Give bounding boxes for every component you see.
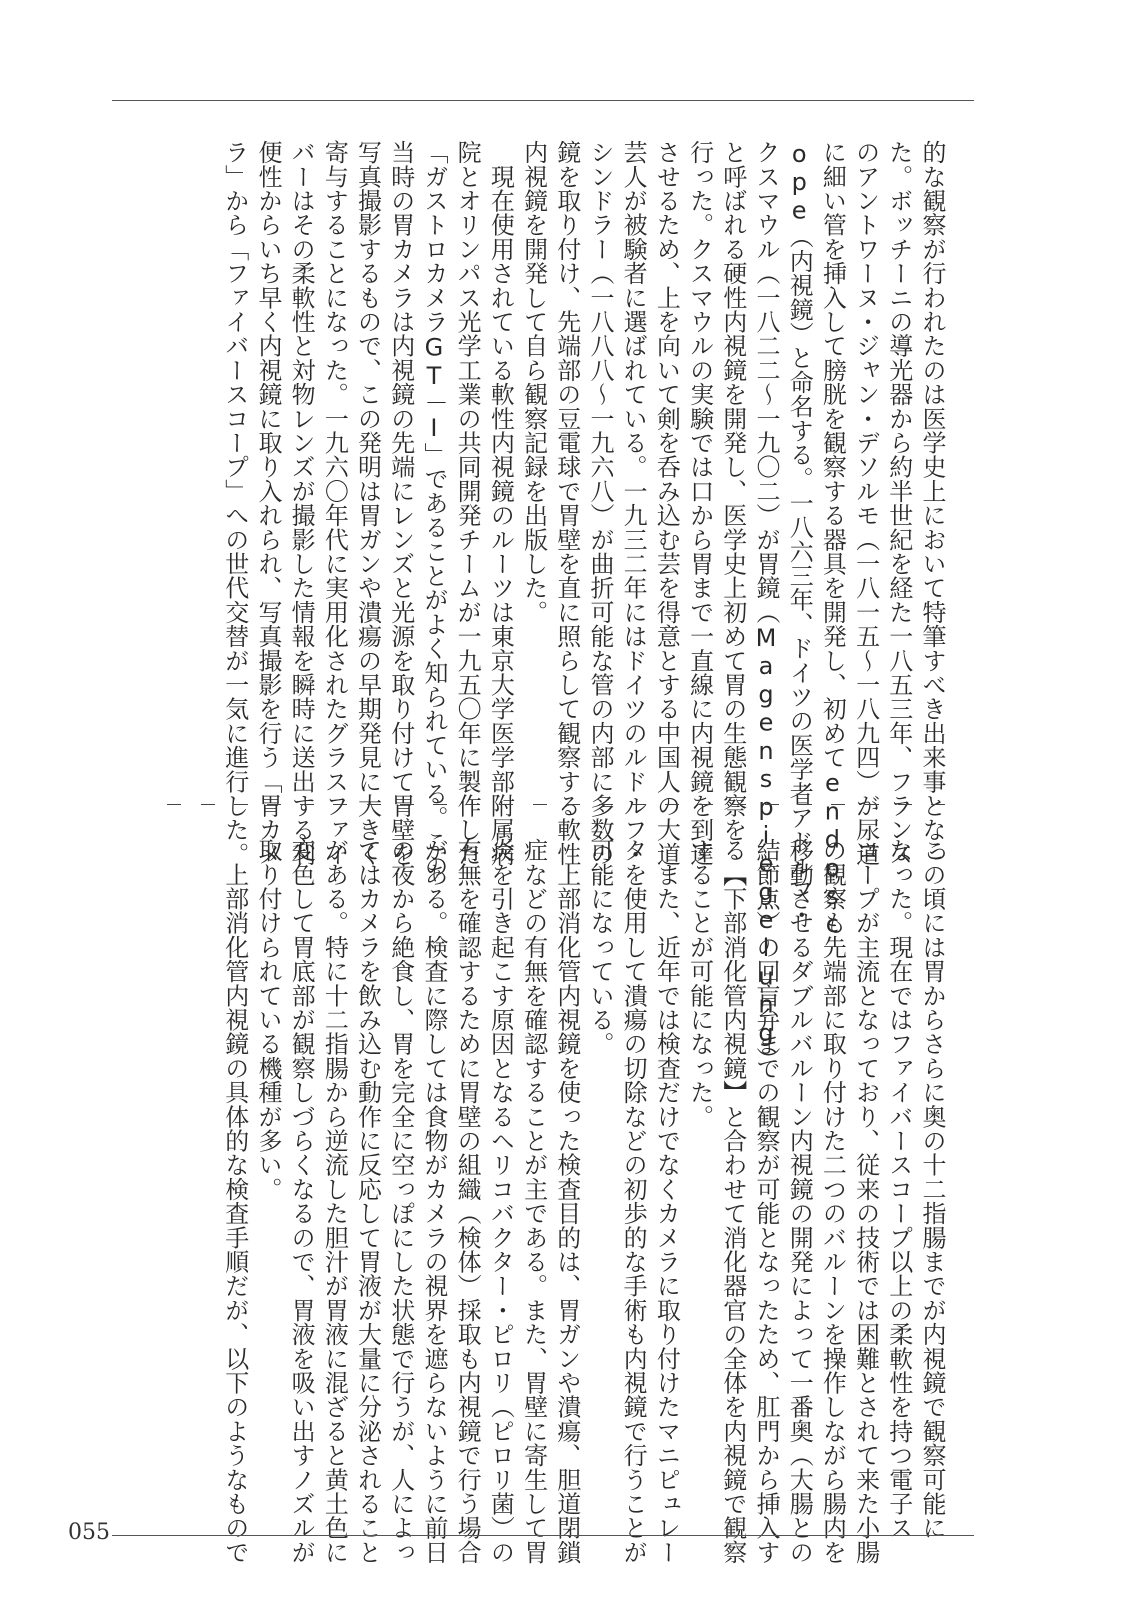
page-number: 055 <box>68 1520 110 1545</box>
text-column-line: 症などの有無を確認することが主である。また、胃壁に寄生して胃 <box>516 838 549 1498</box>
divider-dash <box>533 804 547 805</box>
text-column-line: てはカメラを飲み込む動作に反応して胃液が大量に分泌されること <box>350 838 383 1498</box>
divider-dash <box>665 804 679 805</box>
text-column-line: 有無を確認するために胃壁の組織（検体）採取も内視鏡で行う場合 <box>450 838 483 1498</box>
text-column-line: シンドラー（一八八八〜一九六八）が曲折可能な管の内部に多数の <box>583 140 616 780</box>
footer-rule <box>112 1535 974 1536</box>
text-column-line: また、近年では検査だけでなくカメラに取り付けたマニピュレー <box>649 838 682 1498</box>
divider-dash <box>632 804 646 805</box>
lower-text-section: この頃には胃からさらに奥の十二指腸までが内視鏡で観察可能になった。現在ではファイ… <box>218 838 948 1498</box>
text-column-line: 芸人が被験者に選ばれている。一九三二年にはドイツのルドルフ・ <box>616 140 649 780</box>
text-column-line: 便性からいち早く内視鏡に取り入れられ、写真撮影を行う「胃カメ <box>251 140 284 780</box>
divider-dash <box>167 804 181 805</box>
header-rule <box>112 100 974 101</box>
text-column-line: 的な観察が行われたのは医学史上において特筆すべき出来事となっ <box>915 140 948 780</box>
divider-dash <box>931 804 945 805</box>
text-column-line: コープが主流となっており、従来の技術では困難とされて来た小腸 <box>848 838 881 1498</box>
divider-dash <box>898 804 912 805</box>
divider-dash <box>367 804 381 805</box>
text-column-line: と呼ばれる硬性内視鏡を開発し、医学史上初めて胃の生態観察を <box>716 140 749 780</box>
divider-dash <box>765 804 779 805</box>
text-column-line: がある。検査に際しては食物がカメラの視界を遮らないように前日 <box>417 838 450 1498</box>
text-column-line: させるため、上を向いて剣を呑み込む芸を得意とする中国人の大道 <box>649 140 682 780</box>
text-column-line: る【下部消化管内視鏡】と合わせて消化器官の全体を内視鏡で観察 <box>716 838 749 1498</box>
text-column-line: ope（内視鏡）と命名する。一八六三年、ドイツの医学者アドルフ・ <box>782 140 815 780</box>
divider-dash <box>466 804 480 805</box>
text-column-line: なった。現在ではファイバースコープ以上の柔軟性を持つ電子ス <box>882 838 915 1498</box>
text-column-line: た。ボッチーニの導光器から約半世紀を経た一八五三年、フランス <box>882 140 915 780</box>
divider-dash <box>831 804 845 805</box>
divider-dash <box>499 804 513 805</box>
text-column-line: ラ」から「ファイバースコープ」への世代交替が一気に進行した。 <box>218 140 251 780</box>
text-column-line: 上部消化管内視鏡の具体的な検査手順だが、以下のようなもので <box>218 838 251 1498</box>
divider-dash <box>267 804 281 805</box>
text-column-line: この頃には胃からさらに奥の十二指腸までが内視鏡で観察可能に <box>915 838 948 1498</box>
divider-dash <box>798 804 812 805</box>
text-column-line: 「ガストロカメラGT－Ⅰ」であることがよく知られている。この <box>417 140 450 780</box>
text-column-line: 結節点）の回盲弁までの観察が可能となったため、肛門から挿入す <box>749 838 782 1498</box>
text-column-line: がある。特に十二指腸から逆流した胆汁が胃液に混ざると黄土色に <box>317 838 350 1498</box>
text-column-line: 鏡を取り付け、先端部の豆電球で胃壁を直に照らして観察する軟性 <box>550 140 583 780</box>
text-column-line: タを使用して潰瘍の切除などの初歩的な手術も内視鏡で行うことが <box>616 838 649 1498</box>
text-column-line: 寄与することになった。一九六〇年代に実用化されたグラスファイ <box>317 140 350 780</box>
divider-dash <box>333 804 347 805</box>
text-column-line: 当時の胃カメラは内視鏡の先端にレンズと光源を取り付けて胃壁を <box>384 140 417 780</box>
text-column-line: 行った。クスマウルの実験では口から胃まで一直線に内視鏡を到達 <box>682 140 715 780</box>
text-column-line: バーはその柔軟性と対物レンズが撮影した情報を瞬時に送出する利 <box>284 140 317 780</box>
text-column-line: 可能になっている。 <box>583 838 616 1498</box>
divider-dash <box>201 804 215 805</box>
text-column-line: の夜から絶食し、胃を完全に空っぽにした状態で行うが、人によっ <box>384 838 417 1498</box>
divider-dash <box>699 804 713 805</box>
upper-text-section: 的な観察が行われたのは医学史上において特筆すべき出来事となった。ボッチーニの導光… <box>218 140 948 780</box>
divider-dash <box>732 804 746 805</box>
text-column-line: 院とオリンパス光学工業の共同開発チームが一九五〇年に製作した <box>450 140 483 780</box>
text-column-line: 移動させるダブルバルーン内視鏡の開発によって一番奥（大腸との <box>782 838 815 1498</box>
divider-dash <box>599 804 613 805</box>
text-column-line: 内視鏡を開発して自ら観察記録を出版した。 <box>516 140 549 780</box>
text-column-line: に細い管を挿入して膀胱を観察する器具を開発し、初めてendosc <box>815 140 848 780</box>
text-column-line: 写真撮影するもので、この発明は胃ガンや潰瘍の早期発見に大きく <box>350 140 383 780</box>
text-column-line: クスマウル（一八二二〜一九〇二）が胃鏡（Magenspiegelung） <box>749 140 782 780</box>
text-column-line: することが可能になった。 <box>682 838 715 1498</box>
divider-dash <box>433 804 447 805</box>
text-column-line: のアントワーヌ・ジャン・デソルモ（一八一五〜一八九四）が尿道 <box>848 140 881 780</box>
text-column-line: 変色して胃底部が観察しづらくなるので、胃液を吸い出すノズルが <box>284 838 317 1498</box>
divider-dash <box>865 804 879 805</box>
text-column-line: 現在使用されている軟性内視鏡のルーツは東京大学医学部附属病 <box>483 140 516 780</box>
divider-dash <box>400 804 414 805</box>
text-column-line: の観察も先端部に取り付けた二つのバルーンを操作しながら腸内を <box>815 838 848 1498</box>
text-column-line: 炎を引き起こす原因となるヘリコバクター・ピロリ（ピロリ菌）の <box>483 838 516 1498</box>
divider-dash <box>234 804 248 805</box>
text-column-line: 取り付けられている機種が多い。 <box>251 838 284 1498</box>
text-column-line: 上部消化管内視鏡を使った検査目的は、胃ガンや潰瘍、胆道閉鎖 <box>550 838 583 1498</box>
divider-dash <box>300 804 314 805</box>
divider-dash <box>566 804 580 805</box>
